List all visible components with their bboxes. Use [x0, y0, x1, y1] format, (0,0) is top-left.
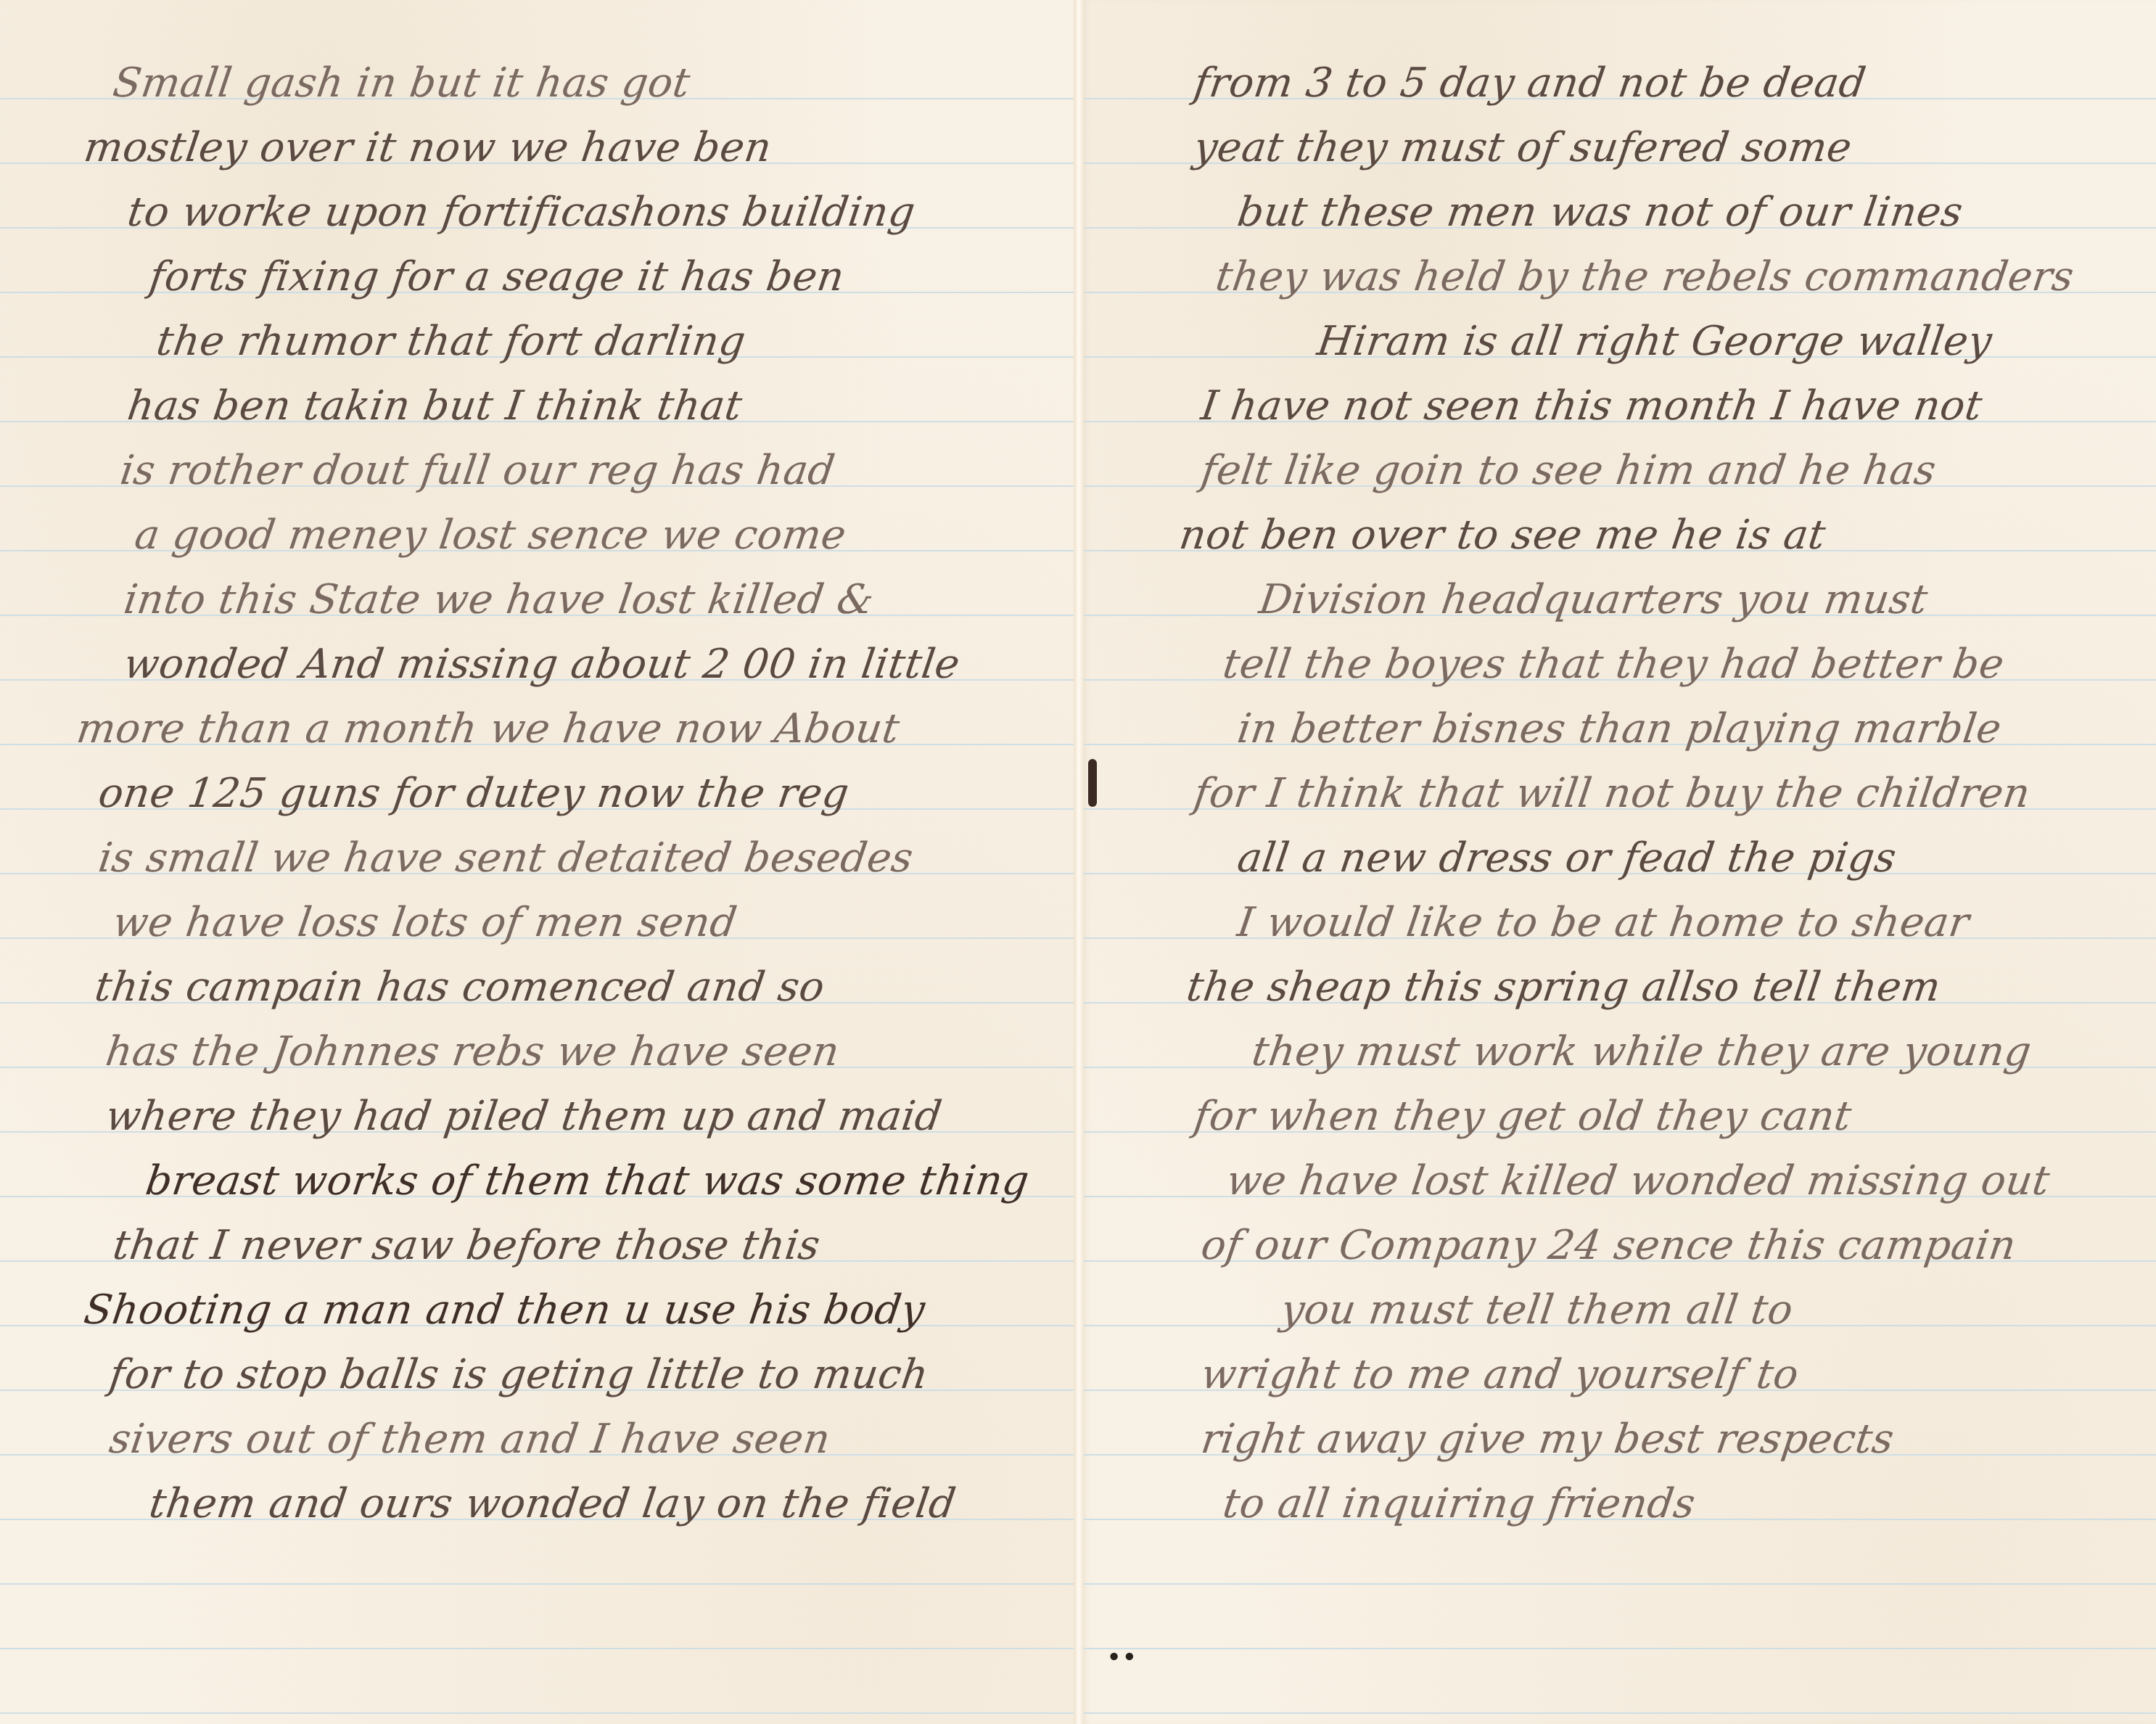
- right-page-text: from 3 to 5 day and not be dead yeat the…: [1081, 51, 2156, 1536]
- text-line: in better bisnes than playing marble: [1081, 697, 2156, 761]
- text-line: is rother dout full our reg has had: [0, 438, 1077, 503]
- text-line: this campain has comenced and so: [0, 955, 1077, 1019]
- text-line: they was held by the rebels commanders: [1081, 245, 2156, 309]
- text-line: mostley over it now we have ben: [0, 115, 1077, 180]
- text-line: Shooting a man and then u use his body: [0, 1278, 1077, 1342]
- text-line: one 125 guns for dutey now the reg: [0, 761, 1077, 826]
- text-line: a good meney lost sence we come: [0, 503, 1077, 567]
- letter-spread: Small gash in but it has got mostley ove…: [0, 0, 2156, 1724]
- text-line: to all inquiring friends: [1081, 1471, 2156, 1536]
- text-line: I have not seen this month I have not: [1081, 374, 2156, 438]
- text-line: into this State we have lost killed &: [0, 567, 1077, 632]
- text-line: them and ours wonded lay on the field: [0, 1471, 1077, 1536]
- text-line: but these men was not of our lines: [1081, 180, 2156, 245]
- text-line: tell the boyes that they had better be: [1081, 632, 2156, 697]
- text-line: the sheap this spring allso tell them: [1081, 955, 2156, 1019]
- text-line: from 3 to 5 day and not be dead: [1081, 51, 2156, 115]
- text-line: that I never saw before those this: [0, 1213, 1077, 1278]
- text-line: yeat they must of sufered some: [1081, 115, 2156, 180]
- left-page: Small gash in but it has got mostley ove…: [0, 0, 1077, 1724]
- ink-mark: [1088, 759, 1097, 807]
- text-line: for to stop balls is geting little to mu…: [0, 1342, 1077, 1407]
- text-line: they must work while they are young: [1081, 1019, 2156, 1084]
- text-line: Division headquarters you must: [1081, 567, 2156, 632]
- text-line: not ben over to see me he is at: [1081, 503, 2156, 567]
- text-line: Small gash in but it has got: [0, 51, 1077, 115]
- text-line: right away give my best respects: [1081, 1407, 2156, 1471]
- center-fold: [1074, 0, 1084, 1724]
- text-line: we have lost killed wonded missing out: [1081, 1149, 2156, 1213]
- text-line: wonded And missing about 2 00 in little: [0, 632, 1077, 697]
- text-line: you must tell them all to: [1081, 1278, 2156, 1342]
- text-line: felt like goin to see him and he has: [1081, 438, 2156, 503]
- text-line: forts fixing for a seage it has ben: [0, 245, 1077, 309]
- text-line: is small we have sent detaited besedes: [0, 826, 1077, 890]
- text-line: has ben takin but I think that: [0, 374, 1077, 438]
- text-line: to worke upon fortificashons building: [0, 180, 1077, 245]
- text-line: sivers out of them and I have seen: [0, 1407, 1077, 1471]
- text-line: breast works of them that was some thing: [0, 1149, 1077, 1213]
- text-line: Hiram is all right George walley: [1081, 309, 2156, 374]
- text-line: wright to me and yourself to: [1081, 1342, 2156, 1407]
- text-line: the rhumor that fort darling: [0, 309, 1077, 374]
- text-line: more than a month we have now About: [0, 697, 1077, 761]
- text-line: for I think that will not buy the childr…: [1081, 761, 2156, 826]
- text-line: of our Company 24 sence this campain: [1081, 1213, 2156, 1278]
- text-line: we have loss lots of men send: [0, 890, 1077, 955]
- margin-dots: ••: [1106, 1643, 1137, 1672]
- text-line: I would like to be at home to shear: [1081, 890, 2156, 955]
- left-page-text: Small gash in but it has got mostley ove…: [0, 51, 1075, 1536]
- text-line: where they had piled them up and maid: [0, 1084, 1077, 1149]
- text-line: all a new dress or fead the pigs: [1081, 826, 2156, 890]
- right-page: from 3 to 5 day and not be dead yeat the…: [1077, 0, 2156, 1724]
- text-line: has the Johnnes rebs we have seen: [0, 1019, 1077, 1084]
- text-line: for when they get old they cant: [1081, 1084, 2156, 1149]
